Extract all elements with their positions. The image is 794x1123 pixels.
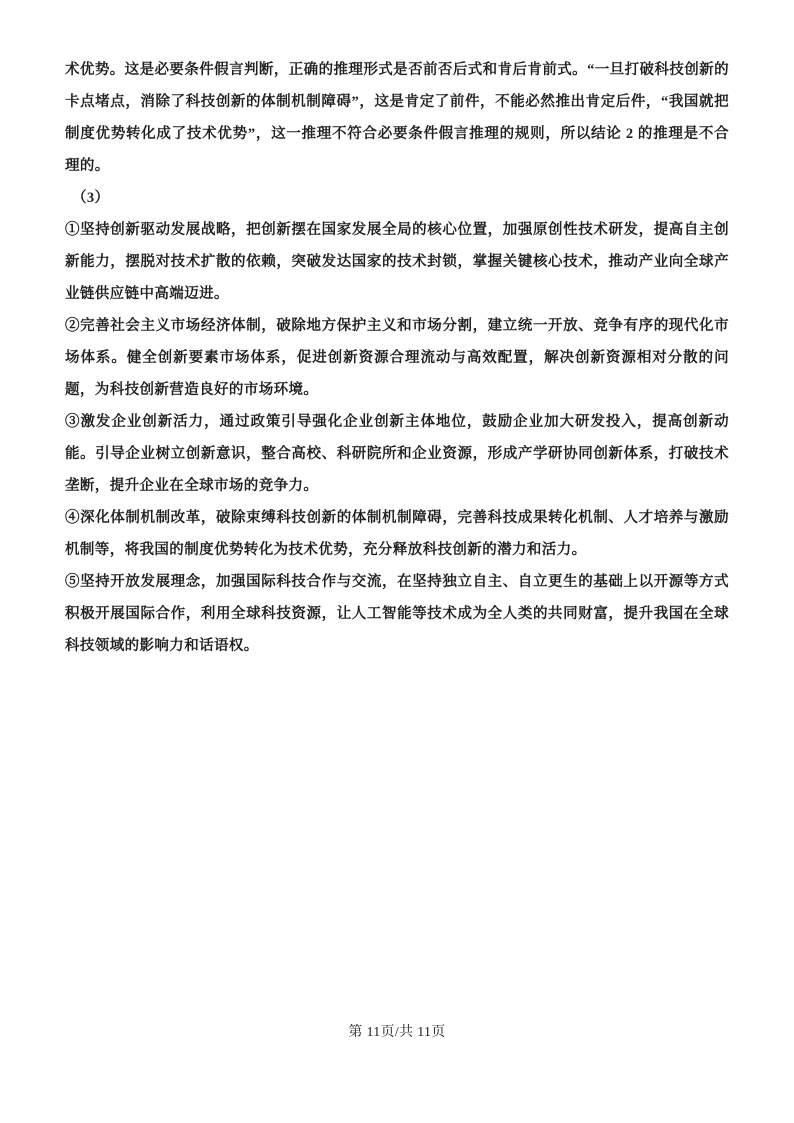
document-page: 术优势。这是必要条件假言判断，正确的推理形式是否前否后式和肯后肯前式。“一旦打破… (0, 0, 794, 1123)
answer-text-block: 术优势。这是必要条件假言判断，正确的推理形式是否前否后式和肯后肯前式。“一旦打破… (65, 54, 729, 662)
answer-point-4: ④深化体制机制改革，破除束缚科技创新的体制机制障碍，完善科技成果转化机制、人才培… (65, 502, 729, 566)
answer-point-3: ③激发企业创新活力，通过政策引导强化企业创新主体地位，鼓励企业加大研发投入，提高… (65, 406, 729, 502)
answer-point-5: ⑤坚持开放发展理念，加强国际科技合作与交流，在坚持独立自主、自立更生的基础上以开… (65, 566, 729, 662)
page-number-indicator: 第 11页/共 11页 (348, 1025, 445, 1040)
answer-point-1: ①坚持创新驱动发展战略，把创新摆在国家发展全局的核心位置，加强原创性技术研发，提… (65, 214, 729, 310)
page-footer: 第 11页/共 11页 (0, 1021, 794, 1041)
part-3-label: （3） (65, 182, 729, 214)
continued-analysis-paragraph: 术优势。这是必要条件假言判断，正确的推理形式是否前否后式和肯后肯前式。“一旦打破… (65, 54, 729, 182)
answer-point-2: ②完善社会主义市场经济体制，破除地方保护主义和市场分割，建立统一开放、竞争有序的… (65, 310, 729, 406)
